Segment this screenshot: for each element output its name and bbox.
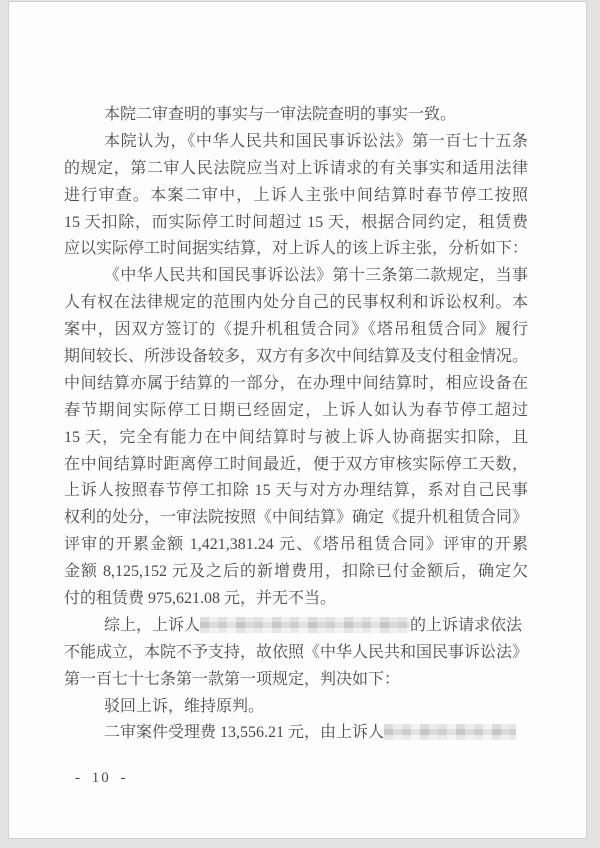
text-line: 权利的处分，一审法院按照《中间结算》确定《提升机租赁合同》 (64, 505, 528, 532)
line-text: 第一百七十七条第一款第一项规定，判决如下： (64, 671, 400, 688)
text-line: 中间结算亦属于结算的一部分，在办理中间结算时，相应设备在 (64, 371, 528, 398)
text-line: 不能成立，本院不予支持，故依照《中华人民共和国民事诉讼法》 (64, 640, 528, 667)
redaction-block (384, 724, 516, 740)
line-text: 金额 8,125,152 元及之后的新增费用，扣除已付金额后，确定欠 (64, 563, 528, 580)
line-text: 在中间结算时距离停工时间最近，便于双方审核实际停工天数， (64, 456, 528, 473)
line-text: 评审的开累金额 1,421,381.24 元、《塔吊租赁合同》评审的开累 (64, 536, 528, 553)
text-line: 春节期间实际停工日期已经固定，上诉人如认为春节停工超过 (64, 398, 528, 425)
line-text: 不能成立，本院不予支持，故依照《中华人民共和国民事诉讼法》 (64, 644, 528, 661)
judgment-text: 本院二审查明的事实与一审法院查明的事实一致。本院认为，《中华人民共和国民事诉讼法… (64, 102, 528, 747)
text-line: 二审案件受理费 13,556.21 元，由上诉人 (64, 720, 528, 747)
line-text: 上诉人按照春节停工扣除 15 天与对方办理结算，系对自己民事 (64, 482, 528, 499)
line-text: 《中华人民共和国民事诉讼法》第十三条第二款规定，当事 (104, 267, 528, 284)
page-number: - 10 - (75, 770, 128, 787)
line-text: 中间结算亦属于结算的一部分，在办理中间结算时，相应设备在 (64, 375, 528, 392)
text-line: 驳回上诉，维持原判。 (64, 694, 528, 721)
text-line: 应以实际停工时间据实结算，对上诉人的该上诉主张，分析如下： (64, 236, 528, 263)
line-text: 驳回上诉，维持原判。 (104, 698, 264, 715)
line-text: 综上，上诉人 (104, 617, 200, 634)
text-line: 的规定，第二审人民法院应当对上诉请求的有关事实和适用法律 (64, 156, 528, 183)
text-line: 本院认为，《中华人民共和国民事诉讼法》第一百七十五条 (64, 129, 528, 156)
line-text: 的上诉请求依法 (410, 617, 522, 634)
line-text: 15 天，完全有能力在中间结算时与被上诉人协商据实扣除，且 (64, 429, 528, 446)
line-text: 期间较长、所涉设备较多，双方有多次中间结算及支付租金情况。 (64, 348, 528, 365)
text-line: 15 天，完全有能力在中间结算时与被上诉人协商据实扣除，且 (64, 425, 528, 452)
line-text: 人有权在法律规定的范围内处分自己的民事权利和诉讼权利。本 (64, 294, 528, 311)
text-line: 上诉人按照春节停工扣除 15 天与对方办理结算，系对自己民事 (64, 478, 528, 505)
scanned-document: 本院二审查明的事实与一审法院查明的事实一致。本院认为，《中华人民共和国民事诉讼法… (0, 0, 600, 848)
text-line: 付的租赁费 975,621.08 元，并无不当。 (64, 586, 528, 613)
line-text: 进行审查。本案二审中，上诉人主张中间结算时春节停工按照 (64, 187, 528, 204)
document-page: 本院二审查明的事实与一审法院查明的事实一致。本院认为，《中华人民共和国民事诉讼法… (9, 2, 586, 838)
redaction-block (200, 617, 410, 633)
line-text: 15 天扣除，而实际停工时间超过 15 天，根据合同约定，租赁费 (64, 214, 528, 231)
text-line: 《中华人民共和国民事诉讼法》第十三条第二款规定，当事 (64, 263, 528, 290)
text-line: 在中间结算时距离停工时间最近，便于双方审核实际停工天数， (64, 452, 528, 479)
line-text: 的规定，第二审人民法院应当对上诉请求的有关事实和适用法律 (64, 160, 528, 177)
line-text: 本院二审查明的事实与一审法院查明的事实一致。 (104, 106, 456, 123)
text-line: 案中，因双方签订的《提升机租赁合同》《塔吊租赁合同》履行 (64, 317, 528, 344)
text-line: 期间较长、所涉设备较多，双方有多次中间结算及支付租金情况。 (64, 344, 528, 371)
text-line: 评审的开累金额 1,421,381.24 元、《塔吊租赁合同》评审的开累 (64, 532, 528, 559)
line-text: 案中，因双方签订的《提升机租赁合同》《塔吊租赁合同》履行 (64, 321, 528, 338)
text-line: 金额 8,125,152 元及之后的新增费用，扣除已付金额后，确定欠 (64, 559, 528, 586)
line-text: 二审案件受理费 13,556.21 元，由上诉人 (104, 724, 384, 741)
text-line: 进行审查。本案二审中，上诉人主张中间结算时春节停工按照 (64, 183, 528, 210)
text-line: 人有权在法律规定的范围内处分自己的民事权利和诉讼权利。本 (64, 290, 528, 317)
text-line: 本院二审查明的事实与一审法院查明的事实一致。 (64, 102, 528, 129)
text-line: 15 天扣除，而实际停工时间超过 15 天，根据合同约定，租赁费 (64, 210, 528, 237)
text-line: 综上，上诉人的上诉请求依法 (64, 613, 528, 640)
line-text: 应以实际停工时间据实结算，对上诉人的该上诉主张，分析如下： (64, 240, 528, 257)
line-text: 权利的处分，一审法院按照《中间结算》确定《提升机租赁合同》 (64, 509, 528, 526)
line-text: 本院认为，《中华人民共和国民事诉讼法》第一百七十五条 (104, 133, 528, 150)
line-text: 春节期间实际停工日期已经固定，上诉人如认为春节停工超过 (64, 402, 528, 419)
text-line: 第一百七十七条第一款第一项规定，判决如下： (64, 667, 528, 694)
line-text: 付的租赁费 975,621.08 元，并无不当。 (64, 590, 336, 607)
